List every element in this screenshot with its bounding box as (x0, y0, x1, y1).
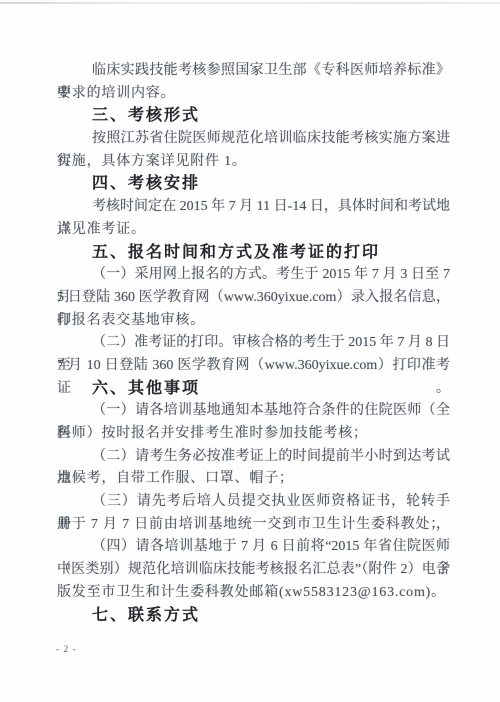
text-line: 实施，具体方案详见附件 1。 (57, 151, 450, 174)
text-line: 临床实践技能考核参照国家卫生部《专科医师培养标准》中 (57, 60, 450, 83)
text-line: （四）请各培训基地于 7 月 6 日前将“2015 年省住院医师（含 (57, 536, 450, 559)
text-line: 中医类别）规范化培训临床技能考核报名汇总表”（附件 2）电子 (57, 559, 450, 582)
page-number: - 2 - (56, 645, 77, 655)
document-text-block: 临床实践技能考核参照国家卫生部《专科医师培养标准》中 要求的培训内容。 三、考核… (57, 60, 450, 627)
text-line: 7 月 10 日登陆 360 医学教育网（www.360yixue.com）打印… (57, 355, 450, 378)
section-heading-3: 三、考核形式 (92, 105, 450, 128)
text-line: 点候考，自带工作服、口罩、帽子； (57, 468, 450, 491)
text-line: 医师）按时报名并安排考生准时参加技能考核； (57, 423, 450, 446)
text-line: 考核时间定在 2015 年 7 月 11 日-14 日，具体时间和考试地点 (57, 196, 450, 219)
section-heading-5: 五、报名时间和方式及准考证的打印 (92, 242, 450, 265)
section-heading-4: 四、考核安排 (92, 173, 450, 196)
text-line: （一）采用网上报名的方式。考生于 2015 年 7 月 3 日至 7 月 (57, 264, 450, 287)
text-line: 要求的培训内容。 (57, 83, 450, 106)
text-line: 印报名表交基地审核。 (57, 310, 450, 333)
text-line: 并于 7 月 7 日前由培训基地统一交到市卫生计生委科教处； (57, 514, 450, 537)
text-line: 详见准考证。 (57, 219, 450, 242)
text-line: （一）请各培训基地通知本基地符合条件的住院医师（全科 (57, 400, 450, 423)
text-line: （三）请先考后培人员提交执业医师资格证书，轮转手册， (57, 491, 450, 514)
scanned-document-page: 临床实践技能考核参照国家卫生部《专科医师培养标准》中 要求的培训内容。 三、考核… (0, 0, 500, 702)
scan-artifact-top-edge (0, 2, 500, 4)
text-line: 版发至市卫生和计生委科教处邮箱(xw5583123@163.com)。 (57, 582, 450, 605)
text-line: 5 日登陆 360 医学教育网（www.360yixue.com）录入报名信息，… (57, 287, 450, 310)
section-heading-7: 七、联系方式 (92, 605, 450, 628)
text-line: （二）请考生务必按准考证上的时间提前半小时到达考试地 (57, 446, 450, 469)
text-line: 按照江苏省住院医师规范化培训临床技能考核实施方案进行 (57, 128, 450, 151)
text-line: （二）准考证的打印。审核合格的考生于 2015 年 7 月 8 日至 (57, 332, 450, 355)
